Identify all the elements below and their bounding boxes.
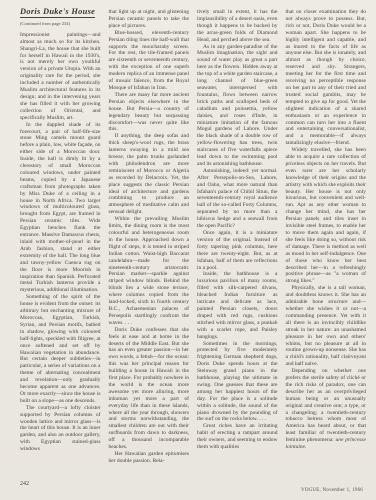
magazine-page: Doris Duke's House (Continued from page … xyxy=(0,0,376,500)
paragraph: As in any garden-paradise of the Muslim … xyxy=(197,44,278,168)
paragraph: Her Hawaiian garden epitomises her doubl… xyxy=(109,451,190,465)
paragraph: Blue-bossed, eleventh-century Persian ti… xyxy=(109,30,190,92)
column-layout: Doris Duke's House (Continued from page … xyxy=(20,9,366,465)
paragraph: Doris Duke confesses that she feels at e… xyxy=(109,327,190,451)
text-column-2: that light up at night, and glistening P… xyxy=(109,9,190,465)
continued-note: (Continued from page 234) xyxy=(20,21,101,28)
paragraph: Something of the spirit of the house is … xyxy=(20,294,101,405)
text-column-4: that on closer examination they do not a… xyxy=(286,9,367,465)
article-header: Doris Duke's House (Continued from page … xyxy=(20,9,101,28)
paragraph: Inside, the bathhouse is a luxurious pav… xyxy=(197,271,278,340)
paragraph: There are many far more ancient Persian … xyxy=(109,92,190,133)
paragraph: that light up at night, and glistening P… xyxy=(109,9,190,30)
paragraph: Within the prevailing Muslim limits, the… xyxy=(109,216,190,327)
paragraph: Physically, she is a tall woman, and dou… xyxy=(286,285,367,368)
magazine-footer: VOGUE, November 1, 1966 xyxy=(301,488,363,493)
paragraph: Great riches have an irritating habit of… xyxy=(197,423,278,451)
page-number: 242 xyxy=(20,481,29,487)
paragraph: Impressionist paintings—and almost as mu… xyxy=(20,32,101,122)
paragraph: Widely travelled, she has been able to a… xyxy=(286,147,367,285)
text-column-3: tively small in extent, it has the impla… xyxy=(197,9,278,465)
text-column-1: Doris Duke's House (Continued from page … xyxy=(20,9,101,465)
paragraph-text: Depending on whether one prefers the ste… xyxy=(286,368,367,443)
paragraph: Depending on whether one prefers the ste… xyxy=(286,368,367,451)
article-title: Doris Duke's House xyxy=(20,9,95,18)
paragraph: If anything, the deep sofas and thick sh… xyxy=(109,133,190,216)
paragraph: tively small in extent, it has the impla… xyxy=(197,9,278,44)
paragraph: that on closer examination they do not a… xyxy=(286,9,367,147)
paragraph: In the dappled shade of its forecourt, a… xyxy=(20,122,101,295)
paragraph: Sometimes in the mornings, protected by … xyxy=(197,341,278,424)
paragraph: Astonishing, indeed: yet normal. After P… xyxy=(197,168,278,230)
paragraph: The courtyard—a lofty cloister supported… xyxy=(20,405,101,453)
paragraph: Once again, it is a miniature version of… xyxy=(197,230,278,271)
